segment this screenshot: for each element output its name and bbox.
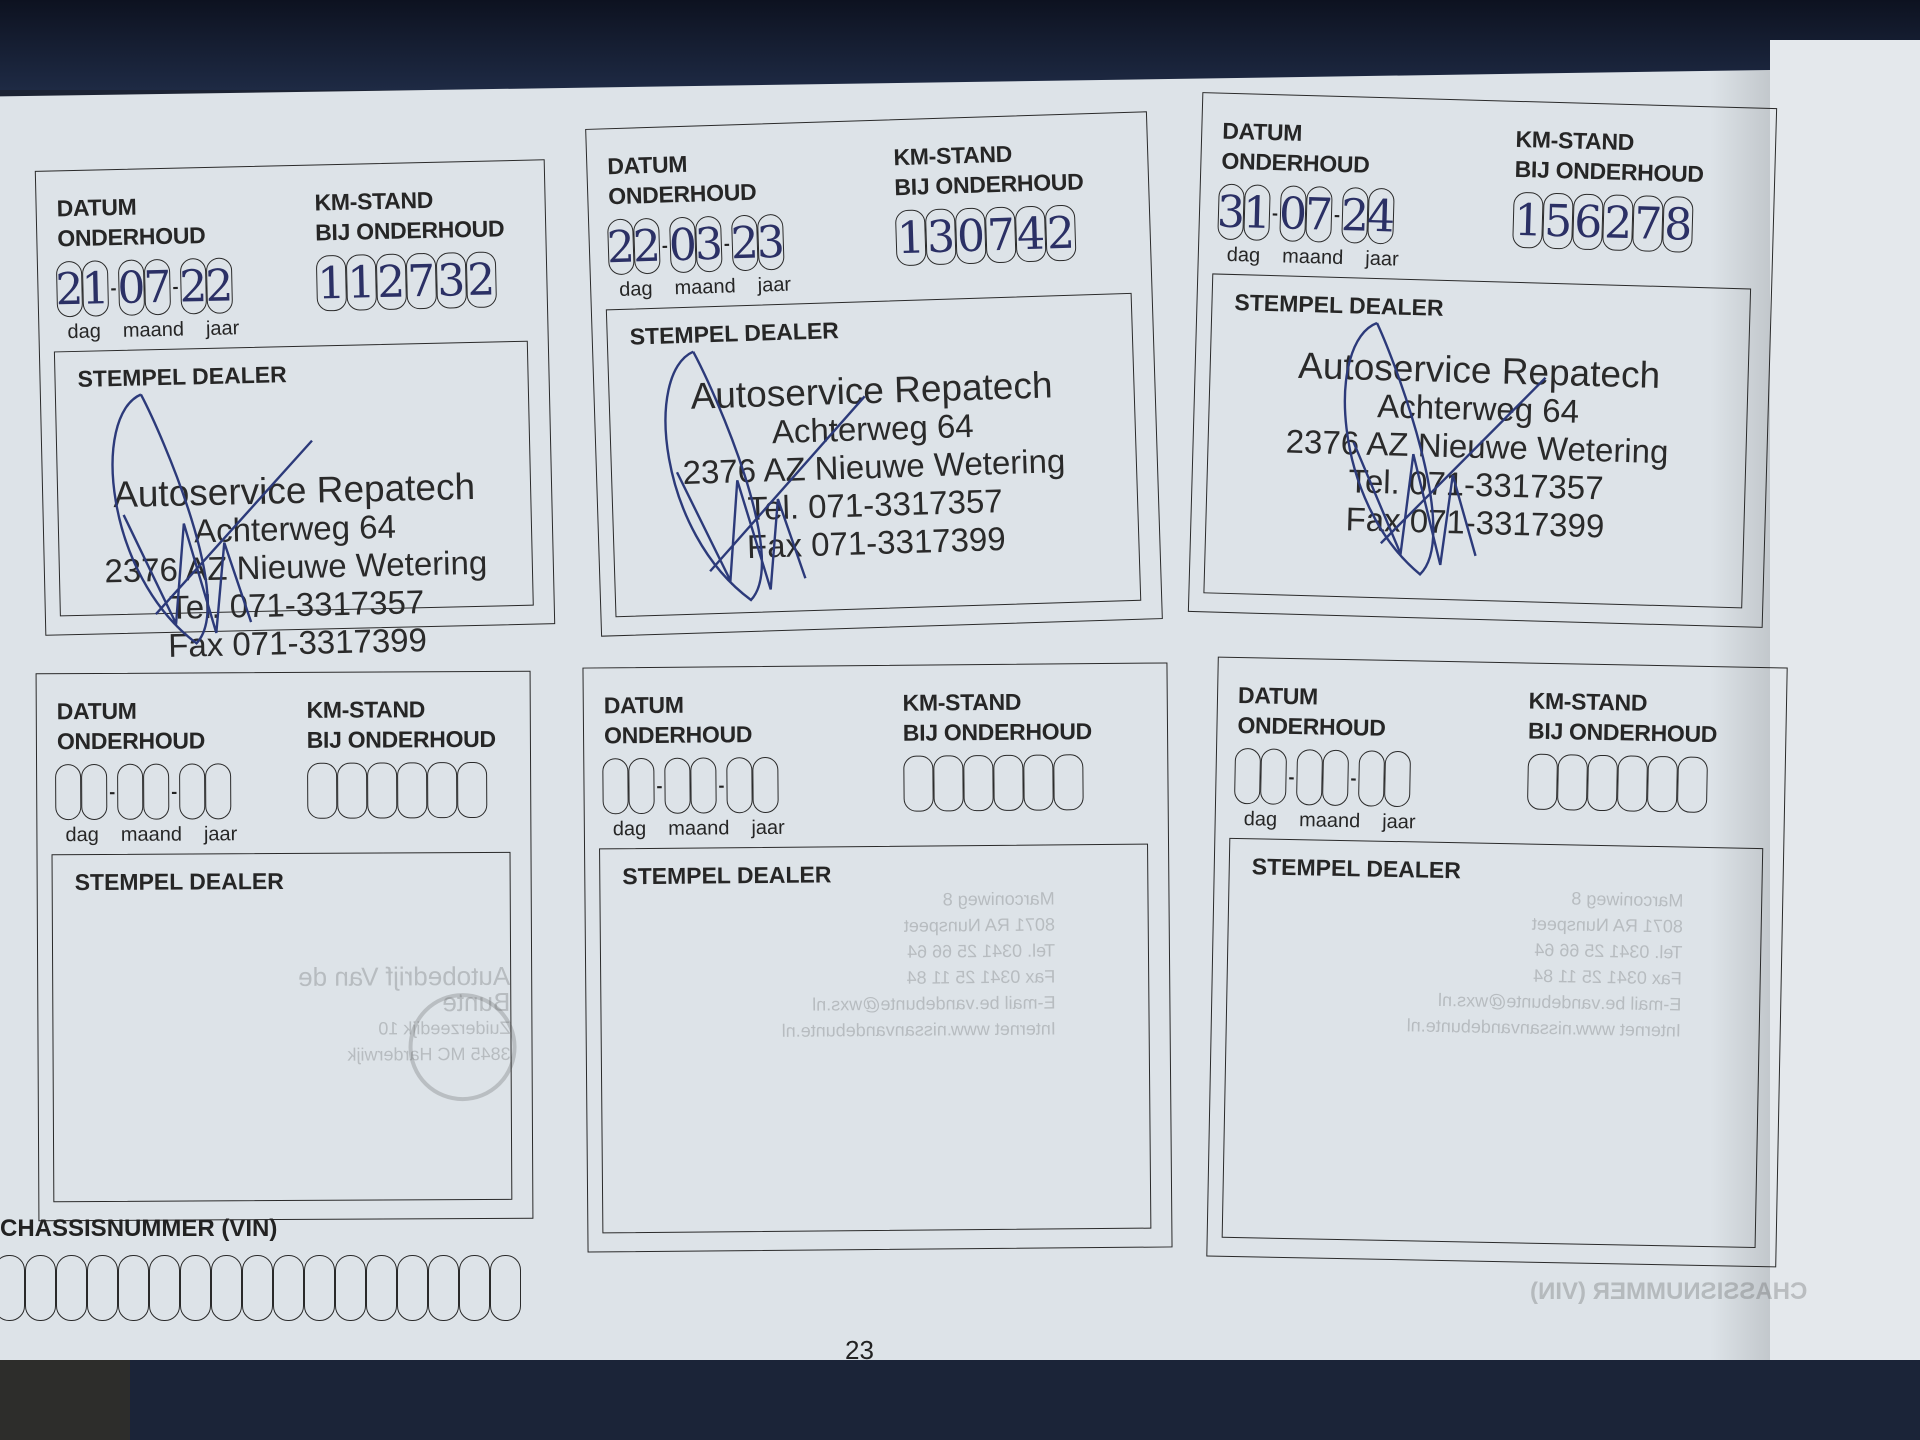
date-label: DATUMONDERHOUD <box>56 190 205 253</box>
digit-box[interactable] <box>1023 754 1053 810</box>
digit-box[interactable] <box>1557 754 1588 811</box>
digit-box[interactable] <box>117 764 143 820</box>
digit-box[interactable]: 2 <box>376 253 407 310</box>
date-separator: - <box>654 775 664 796</box>
km-input-boxes[interactable]: 156278 <box>1513 192 1694 253</box>
date-input-boxes[interactable]: -- <box>55 763 231 820</box>
digit-box[interactable] <box>664 758 690 814</box>
bleed-through-vin: CHASSISNUMMER (VIN) <box>1530 1278 1807 1306</box>
vin-digit-box[interactable] <box>180 1255 211 1321</box>
dealer-stamp-area: STEMPEL DEALERMarconiweg 88071 RA Nunspe… <box>1222 838 1764 1248</box>
digit-box[interactable] <box>143 764 169 820</box>
digit-box[interactable] <box>427 762 457 818</box>
digit-box[interactable] <box>457 762 487 818</box>
digit-box[interactable]: 7 <box>1305 186 1333 243</box>
digit-box[interactable]: 3 <box>925 208 957 265</box>
digit-box[interactable]: 2 <box>206 257 233 314</box>
digit-box[interactable] <box>993 755 1023 811</box>
stamp-dealer-label: STEMPEL DEALER <box>1234 289 1444 322</box>
date-sublabels: dagmaandjaar <box>65 823 259 847</box>
digit-box[interactable]: 0 <box>1279 185 1307 242</box>
digit-box[interactable]: 2 <box>1341 187 1369 244</box>
date-separator: - <box>107 781 117 802</box>
digit-box[interactable]: 7 <box>985 206 1017 263</box>
date-sublabels: dagmaandjaar <box>1227 244 1421 272</box>
digit-box[interactable]: 2 <box>607 218 635 275</box>
dealer-stamp-area: STEMPEL DEALERAutoservice RepatechAchter… <box>606 293 1141 617</box>
dealer-stamp-area: STEMPEL DEALERMarconiweg 88071 RA Nunspe… <box>599 844 1151 1234</box>
digit-box[interactable]: 5 <box>1543 193 1575 250</box>
digit-box[interactable] <box>628 758 654 814</box>
digit-box[interactable]: 4 <box>1015 206 1047 263</box>
digit-box[interactable]: 7 <box>144 259 171 316</box>
vin-digit-box[interactable] <box>490 1255 521 1321</box>
vin-digit-box[interactable] <box>0 1255 25 1321</box>
date-separator: - <box>716 775 726 796</box>
digit-box[interactable] <box>903 756 933 812</box>
km-input-boxes[interactable]: 112732 <box>316 251 497 311</box>
vin-digit-box[interactable] <box>56 1255 87 1321</box>
vin-digit-box[interactable] <box>118 1255 149 1321</box>
vin-digit-box[interactable] <box>428 1255 459 1321</box>
digit-box[interactable]: 8 <box>1662 196 1694 253</box>
dealer-stamp: Autoservice RepatechAchterweg 642376 AZ … <box>58 467 534 668</box>
date-label: DATUMONDERHOUD <box>1221 116 1371 180</box>
bleed-through-text: Marconiweg 88071 RA NunspeetTel. 0341 25… <box>780 885 1056 1043</box>
digit-box[interactable]: 2 <box>56 261 83 318</box>
vin-digit-box[interactable] <box>335 1255 366 1321</box>
digit-box[interactable] <box>602 758 628 814</box>
vin-digit-box[interactable] <box>211 1255 242 1321</box>
vin-input-boxes[interactable] <box>0 1255 521 1321</box>
digit-box[interactable] <box>1053 754 1083 810</box>
date-label: DATUMONDERHOUD <box>604 689 753 750</box>
digit-box[interactable] <box>205 763 231 819</box>
background-bottom <box>0 1360 1920 1440</box>
digit-box[interactable] <box>1260 748 1287 804</box>
digit-box[interactable] <box>690 757 716 813</box>
digit-box[interactable]: 1 <box>895 209 927 266</box>
digit-box[interactable] <box>179 763 205 819</box>
date-input-boxes[interactable]: -- <box>1234 748 1411 807</box>
stamp-dealer-label: STEMPEL DEALER <box>629 317 839 351</box>
digit-box[interactable] <box>1527 754 1558 811</box>
digit-box[interactable]: 2 <box>180 258 207 315</box>
date-input-boxes[interactable]: 22-03-23 <box>607 214 785 276</box>
digit-box[interactable]: 3 <box>1217 184 1245 241</box>
page-number: 23 <box>845 1335 874 1366</box>
digit-box[interactable]: 1 <box>82 260 109 317</box>
km-input-boxes[interactable] <box>307 762 487 819</box>
date-sublabels: dagmaandjaar <box>67 317 261 344</box>
dealer-stamp-area: STEMPEL DEALERAutobedrijf Van de BunteZu… <box>52 852 513 1202</box>
digit-box[interactable] <box>1384 751 1411 807</box>
digit-box[interactable]: 3 <box>695 216 723 273</box>
digit-box[interactable] <box>1617 755 1648 812</box>
digit-box[interactable] <box>55 764 81 820</box>
digit-box[interactable] <box>367 762 397 818</box>
digit-box[interactable] <box>81 764 107 820</box>
digit-box[interactable]: 2 <box>1045 205 1077 262</box>
vin-digit-box[interactable] <box>397 1255 428 1321</box>
km-input-boxes[interactable]: 130742 <box>895 205 1077 267</box>
date-input-boxes[interactable]: -- <box>602 757 778 815</box>
digit-box[interactable]: 7 <box>1632 195 1664 252</box>
dealer-stamp-area: STEMPEL DEALERAutoservice RepatechAchter… <box>54 341 534 617</box>
digit-box[interactable]: 1 <box>1243 184 1271 241</box>
date-separator: - <box>1348 768 1358 789</box>
digit-box[interactable]: 2 <box>731 215 759 272</box>
digit-box[interactable]: 2 <box>633 218 661 275</box>
vin-digit-box[interactable] <box>366 1255 397 1321</box>
vin-digit-box[interactable] <box>87 1255 118 1321</box>
digit-box[interactable]: 0 <box>118 259 145 316</box>
digit-box[interactable] <box>1234 748 1261 804</box>
maintenance-card: DATUMONDERHOUDKM-STANDBIJ ONDERHOUD--dag… <box>36 671 534 1222</box>
vin-digit-box[interactable] <box>149 1255 180 1321</box>
km-label: KM-STANDBIJ ONDERHOUD <box>893 136 1084 202</box>
digit-box[interactable]: 2 <box>466 251 497 308</box>
digit-box[interactable] <box>1647 756 1678 813</box>
stamp-dealer-label: STEMPEL DEALER <box>622 861 831 890</box>
digit-box[interactable] <box>307 763 337 819</box>
digit-box[interactable] <box>1296 749 1323 805</box>
digit-box[interactable]: 1 <box>316 255 347 312</box>
dealer-stamp-area: STEMPEL DEALERAutoservice RepatechAchter… <box>1203 273 1751 608</box>
maintenance-card: DATUMONDERHOUDKM-STANDBIJ ONDERHOUD21-07… <box>35 159 555 635</box>
next-page: DATUMONDERHOUD <box>1770 40 1920 1420</box>
dealer-stamp: Autoservice RepatechAchterweg 642376 AZ … <box>609 364 1139 570</box>
digit-box[interactable] <box>1587 755 1618 812</box>
km-label: KM-STANDBIJ ONDERHOUD <box>306 694 495 755</box>
maintenance-card: DATUMONDERHOUDKM-STANDBIJ ONDERHOUD--dag… <box>1206 657 1787 1268</box>
vin-digit-box[interactable] <box>459 1255 490 1321</box>
date-input-boxes[interactable]: 31-07-24 <box>1217 184 1394 245</box>
date-label: DATUMONDERHOUD <box>1237 680 1386 743</box>
dealer-stamp: Autoservice RepatechAchterweg 642376 AZ … <box>1206 344 1748 549</box>
km-label: KM-STANDBIJ ONDERHOUD <box>1514 124 1705 189</box>
digit-box[interactable] <box>1358 750 1385 806</box>
digit-box[interactable] <box>397 762 427 818</box>
digit-box[interactable]: 1 <box>1513 192 1545 249</box>
digit-box[interactable]: 3 <box>757 214 785 271</box>
km-label: KM-STANDBIJ ONDERHOUD <box>314 183 504 247</box>
digit-box[interactable]: 0 <box>669 217 697 274</box>
km-input-boxes[interactable] <box>1527 754 1708 813</box>
digit-box[interactable]: 0 <box>955 207 987 264</box>
digit-box[interactable]: 4 <box>1367 188 1395 245</box>
date-input-boxes[interactable]: 21-07-22 <box>56 257 233 317</box>
vin-digit-box[interactable] <box>304 1255 335 1321</box>
digit-box[interactable] <box>337 763 367 819</box>
date-sublabels: dagmaandjaar <box>613 817 807 842</box>
digit-box[interactable] <box>752 757 778 813</box>
km-label: KM-STANDBIJ ONDERHOUD <box>1528 686 1718 750</box>
km-input-boxes[interactable] <box>903 754 1083 812</box>
stamp-dealer-label: STEMPEL DEALER <box>77 361 287 393</box>
date-separator: - <box>1286 766 1296 787</box>
stamp-dealer-label: STEMPEL DEALER <box>1252 853 1462 884</box>
vin-digit-box[interactable] <box>242 1255 273 1321</box>
date-sublabels: dagmaandjaar <box>619 273 814 302</box>
maintenance-card: DATUMONDERHOUDKM-STANDBIJ ONDERHOUD31-07… <box>1188 92 1777 628</box>
stamp-dealer-label: STEMPEL DEALER <box>75 868 284 896</box>
bleed-through-text: Marconiweg 88071 RA NunspeetTel. 0341 25… <box>1407 882 1684 1043</box>
date-label: DATUMONDERHOUD <box>607 147 757 212</box>
date-label: DATUMONDERHOUD <box>57 695 205 756</box>
vin-digit-box[interactable] <box>25 1255 56 1321</box>
nissan-logo-icon <box>408 993 517 1102</box>
digit-box[interactable]: 1 <box>346 254 377 311</box>
maintenance-card: DATUMONDERHOUDKM-STANDBIJ ONDERHOUD22-03… <box>585 111 1163 636</box>
digit-box[interactable] <box>726 757 752 813</box>
digit-box[interactable] <box>933 755 963 811</box>
date-sublabels: dagmaandjaar <box>1243 808 1437 835</box>
digit-box[interactable] <box>1322 750 1349 806</box>
maintenance-card: DATUMONDERHOUDKM-STANDBIJ ONDERHOUD--dag… <box>582 662 1172 1252</box>
vin-label: CHASSISNUMMER (VIN) <box>0 1215 277 1243</box>
digit-box[interactable]: 2 <box>1602 194 1634 251</box>
vin-digit-box[interactable] <box>273 1255 304 1321</box>
digit-box[interactable] <box>963 755 993 811</box>
km-label: KM-STANDBIJ ONDERHOUD <box>902 686 1092 748</box>
digit-box[interactable] <box>1677 756 1708 813</box>
background-bottom-left <box>0 1360 130 1440</box>
digit-box[interactable]: 7 <box>406 253 437 310</box>
date-separator: - <box>169 781 179 802</box>
digit-box[interactable]: 3 <box>436 252 467 309</box>
digit-box[interactable]: 6 <box>1572 193 1604 250</box>
